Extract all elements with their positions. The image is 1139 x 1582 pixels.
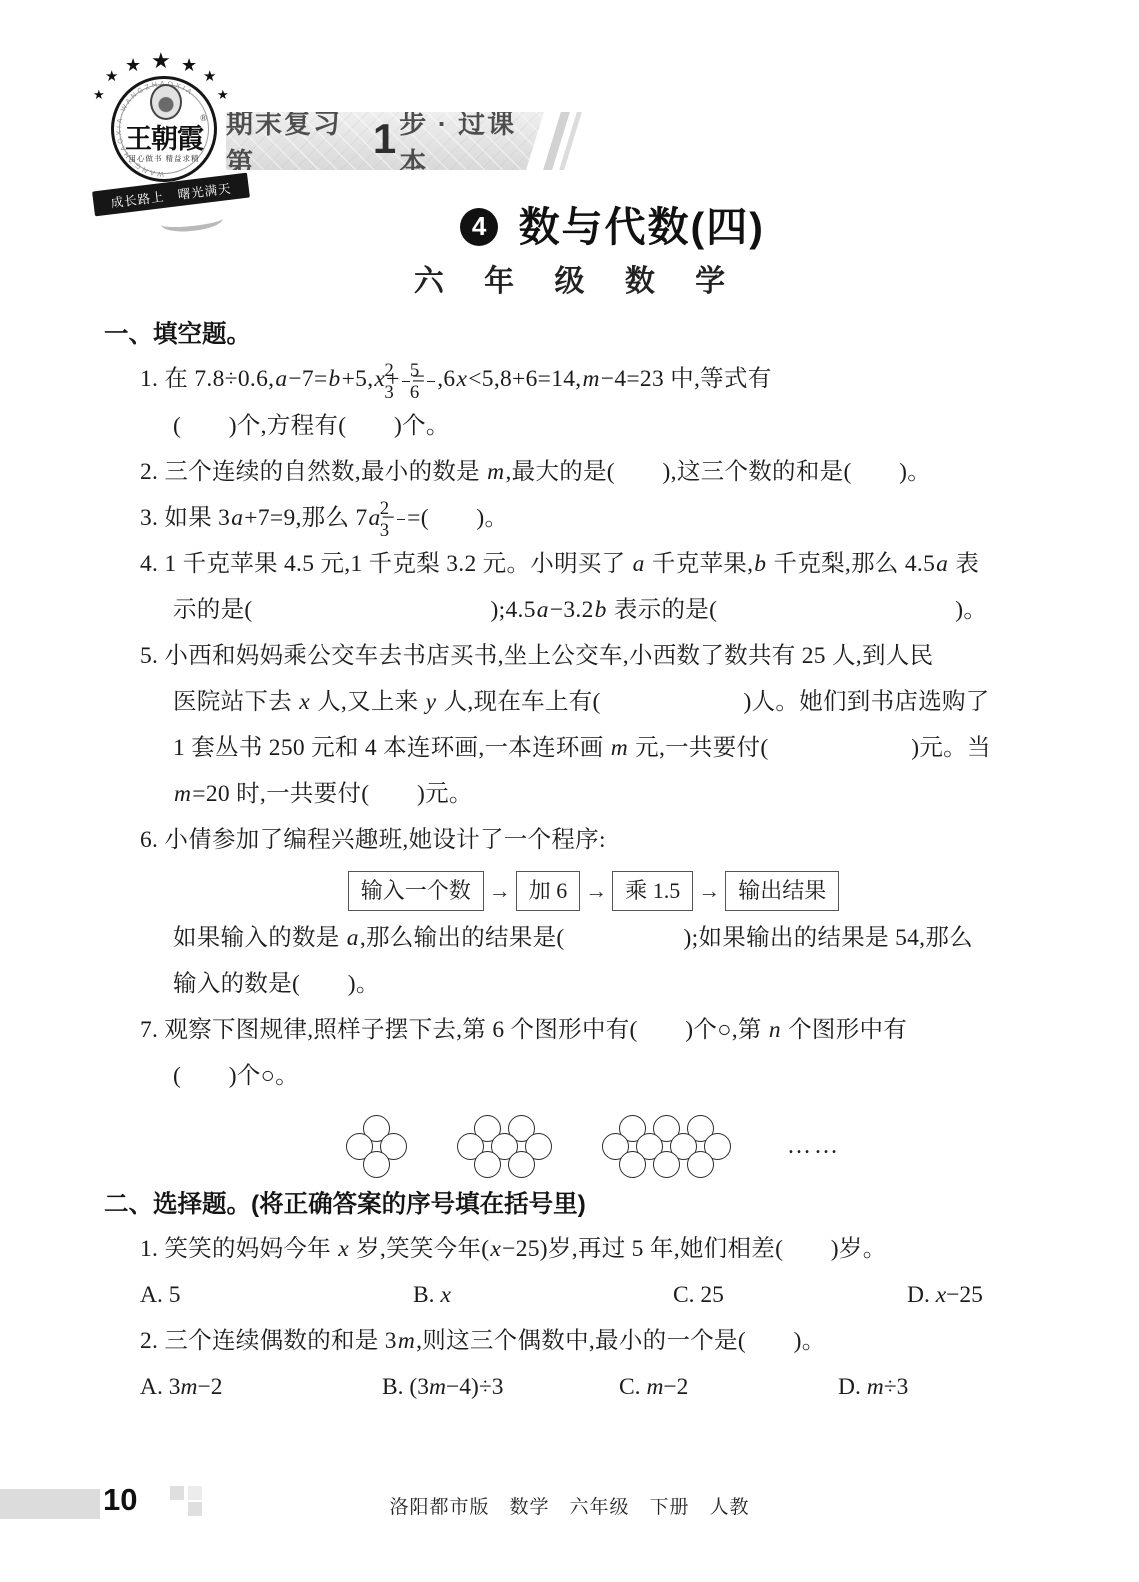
math-variable: m (429, 1374, 446, 1400)
question-line: 如果输入的数是 a,那么输出的结果是( );如果输出的结果是 54,那么 (173, 915, 1083, 961)
question-line: 2. 三个连续偶数的和是 3m,则这三个偶数中,最小的一个是( )。 (173, 1318, 1083, 1364)
fraction: 23 (402, 360, 410, 403)
fraction-numerator: 2 (402, 360, 410, 382)
section-heading: 一、填空题。 (104, 314, 1083, 356)
math-variable: x (489, 1236, 502, 1262)
pattern-figure (346, 1115, 407, 1178)
option-item: D. m÷3 (838, 1364, 908, 1410)
math-variable: x (440, 1282, 450, 1308)
flow-box: 乘 1.5 (612, 871, 693, 911)
pattern-circle (363, 1151, 390, 1178)
option-item: B. x (413, 1272, 673, 1318)
option-item: A. 5 (140, 1272, 413, 1318)
star-icon: ★ (181, 56, 197, 74)
question-line: 示的是( );4.5a−3.2b 表示的是( )。 (173, 587, 1083, 633)
math-variable: b (753, 551, 767, 577)
math-variable: m (173, 781, 192, 807)
pattern-circle (619, 1151, 646, 1178)
fraction: 56 (427, 360, 435, 403)
question-line: 1 套丛书 250 元和 4 本连环画,一本连环画 m 元,一共要付( )元。当 (173, 725, 1083, 771)
star-icon: ★ (217, 88, 229, 101)
fraction: 23 (397, 498, 405, 541)
banner-text-post: 步 · 过课本 (399, 102, 544, 180)
logo-circle: WANGZHAOXIA·WANGZHAOXIA 王朝霞 ® 用心做书 精益求精 (111, 76, 217, 182)
question-line: 1. 笑笑的妈妈今年 x 岁,笑笑今年(x−25)岁,再过 5 年,她们相差( … (173, 1226, 1083, 1272)
option-item: A. 3m−2 (140, 1364, 382, 1410)
math-variable: m (180, 1374, 197, 1400)
math-variable: m (610, 735, 629, 761)
section-heading: 二、选择题。(将正确答案的序号填在括号里) (104, 1184, 1083, 1226)
program-flowchart: 输入一个数→加 6→乘 1.5→输出结果 (104, 871, 1083, 911)
unit-number-badge: 4 (460, 208, 498, 246)
pattern-circle (474, 1151, 501, 1178)
math-variable: m (646, 1374, 663, 1400)
pattern-circle (508, 1151, 535, 1178)
grade-subtitle: 六 年 级 数 学 (0, 256, 1139, 300)
star-icon: ★ (93, 88, 105, 101)
math-variable: n (768, 1017, 782, 1043)
header-banner: 期末复习第 1 步 · 过课本 (226, 112, 544, 170)
question-line: ( )个,方程有( )个。 (173, 403, 1083, 449)
flow-box: 输入一个数 (348, 871, 484, 911)
brand-name: 王朝霞 (114, 117, 214, 156)
question-line: 6. 小倩参加了编程兴趣班,她设计了一个程序: (173, 817, 1083, 863)
flow-arrow-icon: → (489, 878, 511, 904)
math-variable: m (581, 366, 600, 392)
flow-arrow-icon: → (698, 878, 720, 904)
fraction-denominator: 3 (402, 382, 410, 403)
math-variable: a (935, 551, 949, 577)
fraction-numerator: 2 (397, 498, 405, 520)
math-variable: a (536, 597, 550, 623)
options-row: A. 5B. xC. 25D. x−25 (140, 1272, 1083, 1318)
option-item: B. (3m−4)÷3 (382, 1364, 619, 1410)
math-variable: m (867, 1374, 884, 1400)
footer-edition-text: 洛阳都市版 数学 六年级 下册 人教 (0, 1492, 1139, 1519)
option-item: C. m−2 (619, 1364, 838, 1410)
math-variable: b (594, 597, 608, 623)
math-variable: a (632, 551, 646, 577)
options-row: A. 3m−2B. (3m−4)÷3C. m−2D. m÷3 (140, 1364, 1083, 1410)
fraction-numerator: 5 (427, 360, 435, 382)
banner-text-pre: 期末复习第 (226, 102, 370, 180)
banner-step-number: 1 (373, 115, 396, 163)
logo-slogan-small: 用心做书 精益求精 (114, 153, 214, 164)
pattern-row (363, 1151, 390, 1178)
math-variable: m (397, 1328, 416, 1354)
question-line: 3. 如果 3a+7=9,那么 7a−23=( )。 (173, 495, 1083, 542)
question-line: 医院站下去 x 人,又上来 y 人,现在车上有( )人。她们到书店选购了 (173, 679, 1083, 725)
math-variable: b (328, 366, 342, 392)
pattern-circle (687, 1151, 714, 1178)
question-line: 7. 观察下图规律,照样子摆下去,第 6 个图形中有( )个○,第 n 个图形中… (173, 1007, 1083, 1053)
math-variable: x (298, 689, 311, 715)
flow-box: 输出结果 (725, 871, 839, 911)
fraction-denominator: 6 (427, 382, 435, 403)
pattern-figure (602, 1115, 731, 1178)
math-variable: x (936, 1282, 946, 1308)
question-line: 5. 小西和妈妈乘公交车去书店买书,坐上公交车,小西数了数共有 25 人,到人民 (173, 633, 1083, 679)
math-variable: a (230, 505, 244, 531)
pattern-figures: …… (104, 1115, 1083, 1178)
pattern-row (619, 1151, 714, 1178)
question-line: 1. 在 7.8÷0.6,a−7=b+5,x+23=56,6x<5,8+6=14… (173, 356, 1083, 403)
question-line: 输入的数是( )。 (173, 961, 1083, 1007)
star-icon: ★ (125, 56, 141, 74)
fraction-denominator: 3 (397, 520, 405, 541)
question-line: 2. 三个连续的自然数,最小的数是 m,最大的是( ),这三个数的和是( )。 (173, 449, 1083, 495)
math-variable: a (346, 925, 360, 951)
registered-mark: ® (200, 113, 207, 123)
math-variable: y (425, 689, 438, 715)
option-item: C. 25 (673, 1272, 907, 1318)
math-variable: m (486, 459, 505, 485)
pattern-figure (457, 1115, 552, 1178)
math-variable: x (337, 1236, 350, 1262)
question-line: m=20 时,一共要付( )元。 (173, 771, 1083, 817)
question-line: 4. 1 千克苹果 4.5 元,1 千克梨 3.2 元。小明买了 a 千克苹果,… (173, 541, 1083, 587)
math-variable: a (274, 366, 288, 392)
question-line: ( )个○。 (173, 1053, 1083, 1099)
unit-title: 数与代数(四) (519, 204, 765, 250)
pattern-row (474, 1151, 535, 1178)
flow-arrow-icon: → (585, 878, 607, 904)
flow-box: 加 6 (516, 871, 581, 911)
star-icon: ★ (151, 50, 171, 72)
pattern-circle (653, 1151, 680, 1178)
option-item: D. x−25 (907, 1272, 983, 1318)
portrait-photo (150, 84, 182, 120)
pattern-ellipsis: …… (787, 1133, 841, 1160)
math-variable: x (455, 366, 468, 392)
worksheet-content: 一、填空题。1. 在 7.8÷0.6,a−7=b+5,x+23=56,6x<5,… (104, 310, 1083, 1410)
